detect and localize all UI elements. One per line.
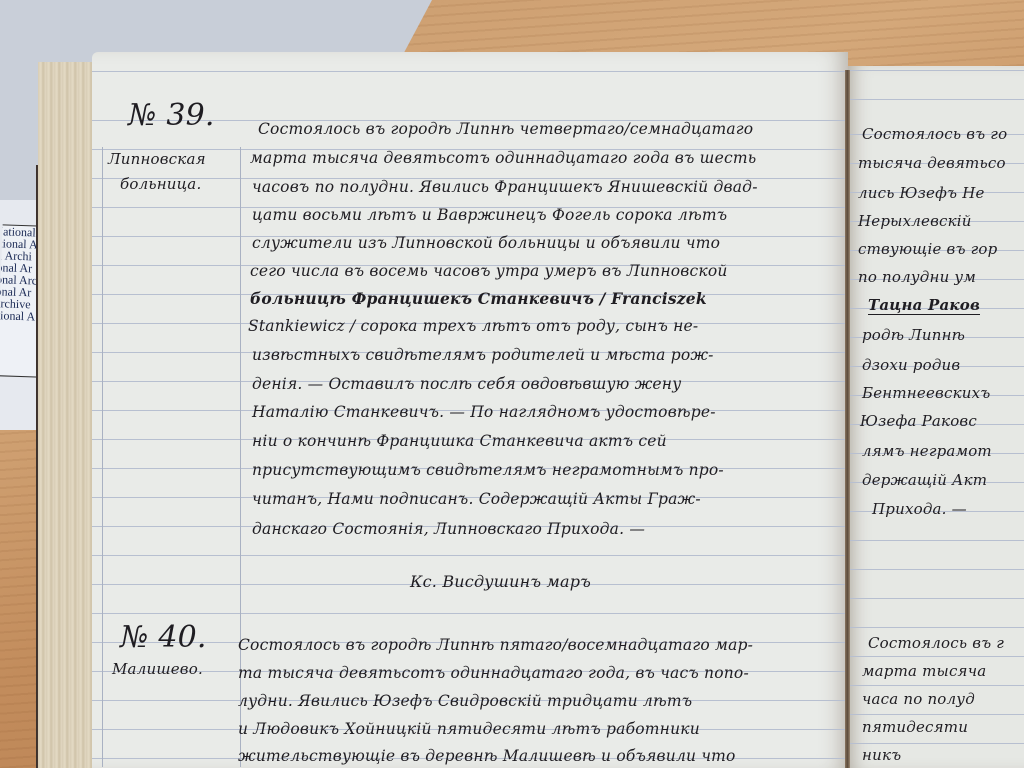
entry-text-line: марта тысяча девятьсотъ одиннадцатаго го… [250, 149, 756, 167]
right-page-text-line: дзохи родив [862, 356, 960, 374]
entry-number-39: № 39. [128, 98, 215, 133]
entry-text-line-deceased-name: больницѣ Францишекъ Станкевичъ / Francis… [250, 289, 707, 308]
entry-text-line: Наталію Станкевичъ. — По наглядномъ удос… [252, 403, 716, 421]
right-page-text-line: Прихода. — [872, 500, 967, 518]
right-page-text-line: марта тысяча [862, 662, 986, 680]
right-page-text-line: Бентнеевскихъ [862, 384, 990, 402]
right-page-text-line: Нерыхлевскій [858, 212, 972, 230]
entry-text-line: лудни. Явились Юзефъ Свидровскій тридцат… [238, 692, 692, 710]
right-page-text-line: Юзефа Раковс [860, 412, 977, 430]
entry-text-line: цати восьми лѣтъ и Вавржинецъ Фогель сор… [252, 206, 727, 224]
entry-text-line: та тысяча девятьсотъ одиннадцатаго года,… [238, 664, 749, 682]
entry-text-line: ніи о кончинѣ Францишка Станкевича актъ … [252, 432, 667, 450]
margin-rule-left [102, 147, 103, 767]
entry-text-line: Stankiewicz / сорока трехъ лѣтъ отъ роду… [248, 317, 698, 335]
right-page-text-line: по полудни ум [858, 268, 976, 286]
entry-place: Липновская [108, 150, 206, 168]
entry-text-line: служители изъ Липновской больницы и объя… [252, 234, 720, 252]
entry-text-line: часовъ по полудни. Явились Францишекъ Ян… [252, 178, 758, 196]
right-page-text-line: Состоялось въ г [868, 634, 1004, 652]
entry-text-line: Состоялось въ городѣ Липнѣ четвертаго/се… [258, 120, 753, 138]
entry-number-40: № 40. [120, 620, 207, 655]
entry-place: Малишево. [112, 660, 203, 678]
right-page-text-line: часа по полуд [862, 690, 975, 708]
right-page-text-line: лись Юзефъ Не [858, 184, 985, 202]
entry-text-line: сего числа въ восемь часовъ утра умеръ в… [250, 262, 728, 280]
right-page-text-line: ствующіе въ гор [858, 240, 997, 258]
right-page-text-line: держащій Акт [862, 471, 987, 489]
entry-text-line: денія. — Оставилъ послѣ себя овдовѣвшую … [252, 375, 681, 393]
entry-text-line: и Людовикъ Хойницкій пятидесяти лѣтъ раб… [238, 720, 700, 738]
priest-signature: Кс. Висдушинъ маръ [410, 572, 591, 591]
book-gutter [845, 70, 850, 768]
right-page-text-line: родѣ Липнѣ [862, 326, 965, 344]
entry-text-line: извѣстныхъ свидѣтелямъ родителей и мѣста… [252, 346, 714, 364]
entry-text-line: присутствующимъ свидѣтелямъ неграмотнымъ… [252, 461, 724, 479]
entry-text-line: жительствующіе въ деревнѣ Малишевѣ и объ… [238, 747, 736, 765]
right-page-text-line: Состоялось въ го [862, 125, 1007, 143]
right-page-text-line: никъ [862, 746, 901, 764]
right-page-text-line: тысяча девятьсо [858, 154, 1006, 172]
right-page-text-line: Тацна Раков [868, 296, 980, 315]
entry-place: больница. [120, 175, 201, 193]
entry-text-line: читанъ, Нами подписанъ. Содержащій Акты … [252, 490, 701, 508]
entry-text-line: Состоялось въ городѣ Липнѣ пятаго/восемн… [238, 636, 753, 654]
right-page-text-line: лямъ неграмот [862, 442, 992, 460]
right-page-text-line: пятидесяти [862, 718, 968, 736]
entry-text-line: данскаго Состоянія, Липновскаго Прихода.… [252, 520, 645, 538]
